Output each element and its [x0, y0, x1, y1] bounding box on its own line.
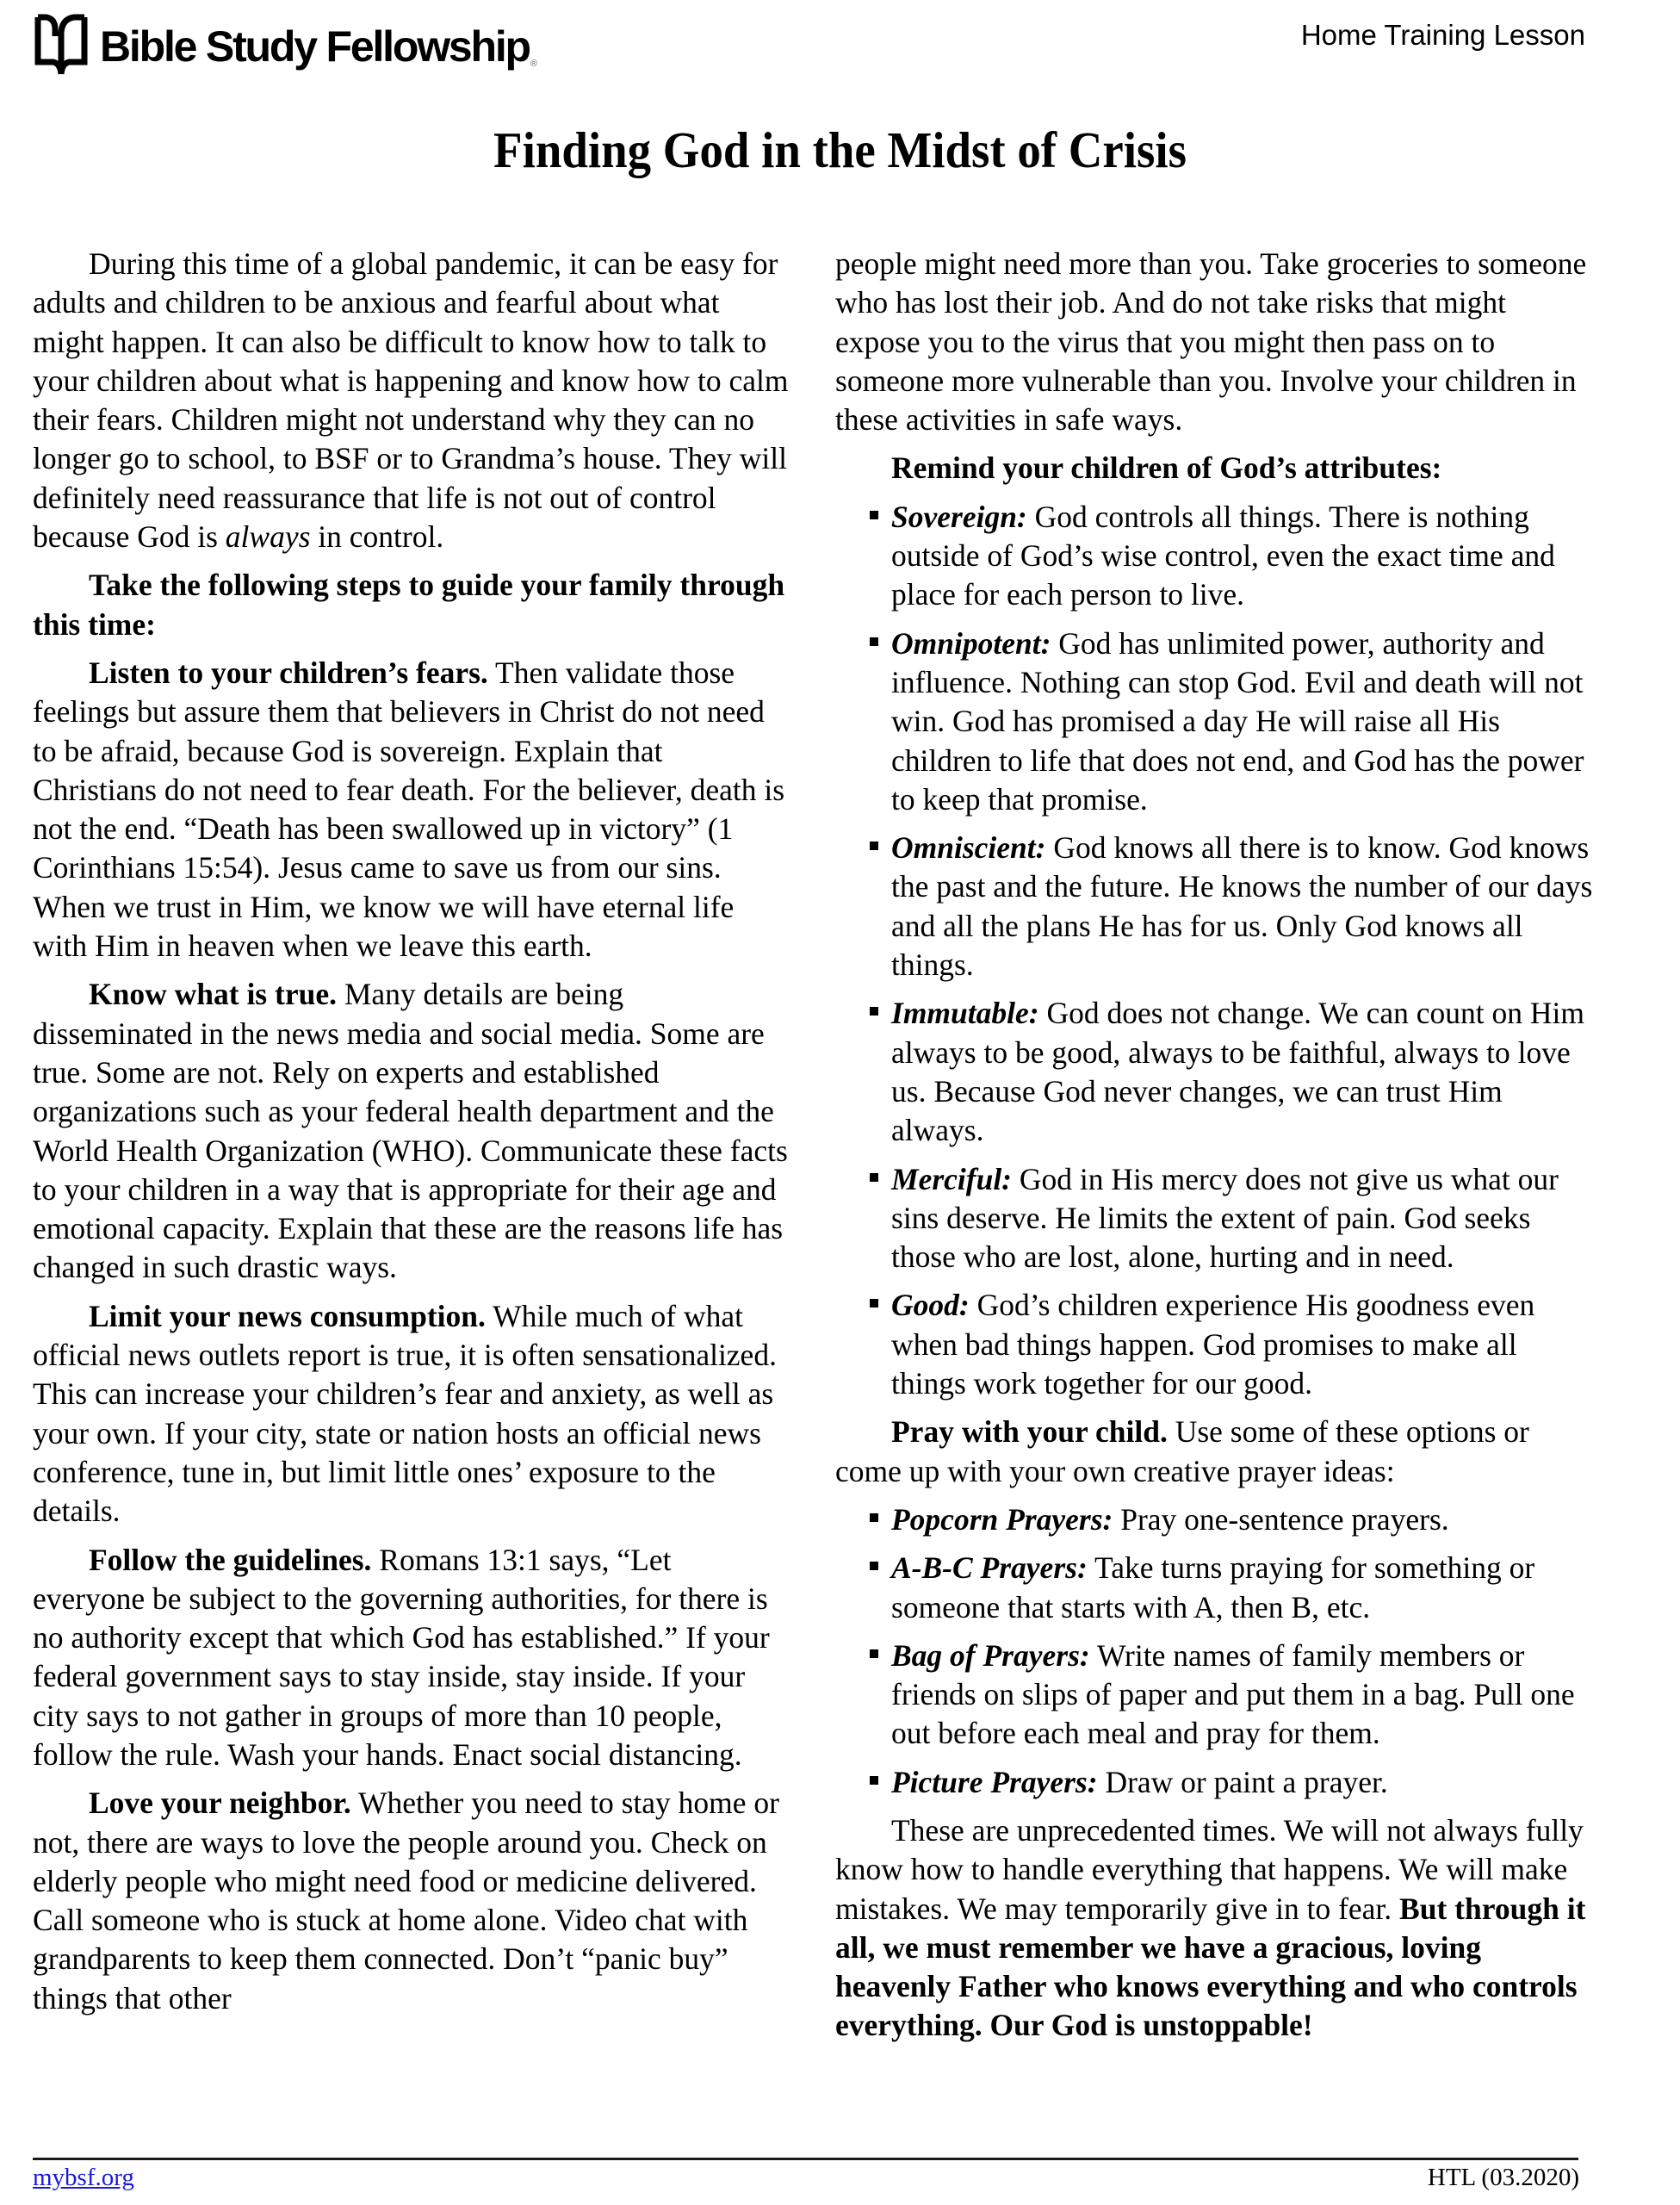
prayer-text: Draw or paint a prayer. — [1098, 1765, 1388, 1799]
left-column: During this time of a global pandemic, i… — [33, 245, 790, 2028]
list-item: Omniscient: God knows all there is to kn… — [835, 829, 1593, 984]
square-bullet-icon — [870, 511, 878, 519]
step-love-neighbor: Love your neighbor. Whether you need to … — [33, 1784, 790, 2018]
attribute-text: God’s children experience His goodness e… — [891, 1288, 1534, 1401]
attributes-list: Sovereign: God controls all things. Ther… — [835, 498, 1593, 1404]
right-column: people might need more than you. Take gr… — [835, 245, 1593, 2055]
attribute-term: Sovereign: — [891, 500, 1027, 534]
square-bullet-icon — [870, 1649, 878, 1658]
prayer-text: Pray one-sentence prayers. — [1113, 1502, 1448, 1537]
prayer-term: Bag of Prayers: — [891, 1638, 1090, 1673]
intro-paragraph: During this time of a global pandemic, i… — [33, 245, 790, 556]
intro-text: During this time of a global pandemic, i… — [33, 246, 788, 554]
square-bullet-icon — [870, 637, 878, 646]
step-body: Then validate those feelings but assure … — [33, 655, 784, 963]
steps-heading: Take the following steps to guide your f… — [33, 566, 790, 644]
square-bullet-icon — [870, 1562, 878, 1570]
square-bullet-icon — [870, 1513, 878, 1522]
square-bullet-icon — [870, 1173, 878, 1182]
list-item: Popcorn Prayers: Pray one-sentence praye… — [835, 1500, 1593, 1539]
step-lead: Love your neighbor. — [89, 1786, 351, 1820]
continuation-paragraph: people might need more than you. Take gr… — [835, 245, 1593, 439]
step-lead: Limit your news consumption. — [89, 1299, 486, 1333]
attribute-term: Omnipotent: — [891, 626, 1051, 661]
page-title: Finding God in the Midst of Crisis — [59, 121, 1621, 180]
pray-paragraph: Pray with your child. Use some of these … — [835, 1413, 1593, 1491]
document-type-label: Home Training Lesson — [1301, 19, 1585, 52]
prayer-term: Popcorn Prayers: — [891, 1502, 1113, 1537]
square-bullet-icon — [870, 842, 878, 850]
website-link[interactable]: mybsf.org — [33, 2164, 134, 2192]
step-lead: Listen to your children’s fears. — [89, 655, 488, 690]
list-item: A-B-C Prayers: Take turns praying for so… — [835, 1549, 1593, 1627]
attribute-term: Immutable: — [891, 996, 1039, 1030]
step-lead: Follow the guidelines. — [89, 1543, 371, 1577]
attribute-term: Omniscient: — [891, 830, 1045, 865]
attributes-heading: Remind your children of God’s attributes… — [835, 449, 1593, 488]
attribute-term: Merciful: — [891, 1162, 1012, 1196]
square-bullet-icon — [870, 1299, 878, 1307]
document-code: HTL (03.2020) — [1428, 2164, 1579, 2192]
list-item: Merciful: God in His mercy does not give… — [835, 1160, 1593, 1277]
step-listen: Listen to your children’s fears. Then va… — [33, 654, 790, 966]
list-item: Bag of Prayers: Write names of family me… — [835, 1637, 1593, 1754]
step-lead: Know what is true. — [89, 977, 337, 1011]
intro-text-end: in control. — [310, 519, 443, 554]
registered-mark: ® — [530, 59, 537, 69]
open-book-icon — [34, 10, 88, 78]
list-item: Omnipotent: God has unlimited power, aut… — [835, 624, 1593, 819]
bsf-logo: Bible Study Fellowship ® — [34, 10, 537, 78]
square-bullet-icon — [870, 1776, 878, 1785]
prayer-term: A-B-C Prayers: — [891, 1550, 1088, 1585]
square-bullet-icon — [870, 1007, 878, 1016]
logo-wordmark: Bible Study Fellowship — [100, 25, 530, 68]
step-limit-news: Limit your news consumption. While much … — [33, 1297, 790, 1531]
prayer-term: Picture Prayers: — [891, 1765, 1098, 1799]
pray-lead: Pray with your child. — [891, 1414, 1168, 1449]
list-item: Good: God’s children experience His good… — [835, 1286, 1593, 1403]
intro-emphasis: always — [226, 519, 311, 554]
list-item: Immutable: God does not change. We can c… — [835, 994, 1593, 1150]
list-item: Picture Prayers: Draw or paint a prayer. — [835, 1763, 1593, 1802]
footer-divider — [33, 2158, 1578, 2160]
step-follow-guidelines: Follow the guidelines. Romans 13:1 says,… — [33, 1541, 790, 1775]
step-body: Many details are being disseminated in t… — [33, 977, 788, 1284]
attribute-term: Good: — [891, 1288, 970, 1322]
list-item: Sovereign: God controls all things. Ther… — [835, 498, 1593, 615]
step-know-truth: Know what is true. Many details are bein… — [33, 975, 790, 1287]
closing-paragraph: These are unprecedented times. We will n… — [835, 1811, 1593, 2046]
prayers-list: Popcorn Prayers: Pray one-sentence praye… — [835, 1500, 1593, 1802]
